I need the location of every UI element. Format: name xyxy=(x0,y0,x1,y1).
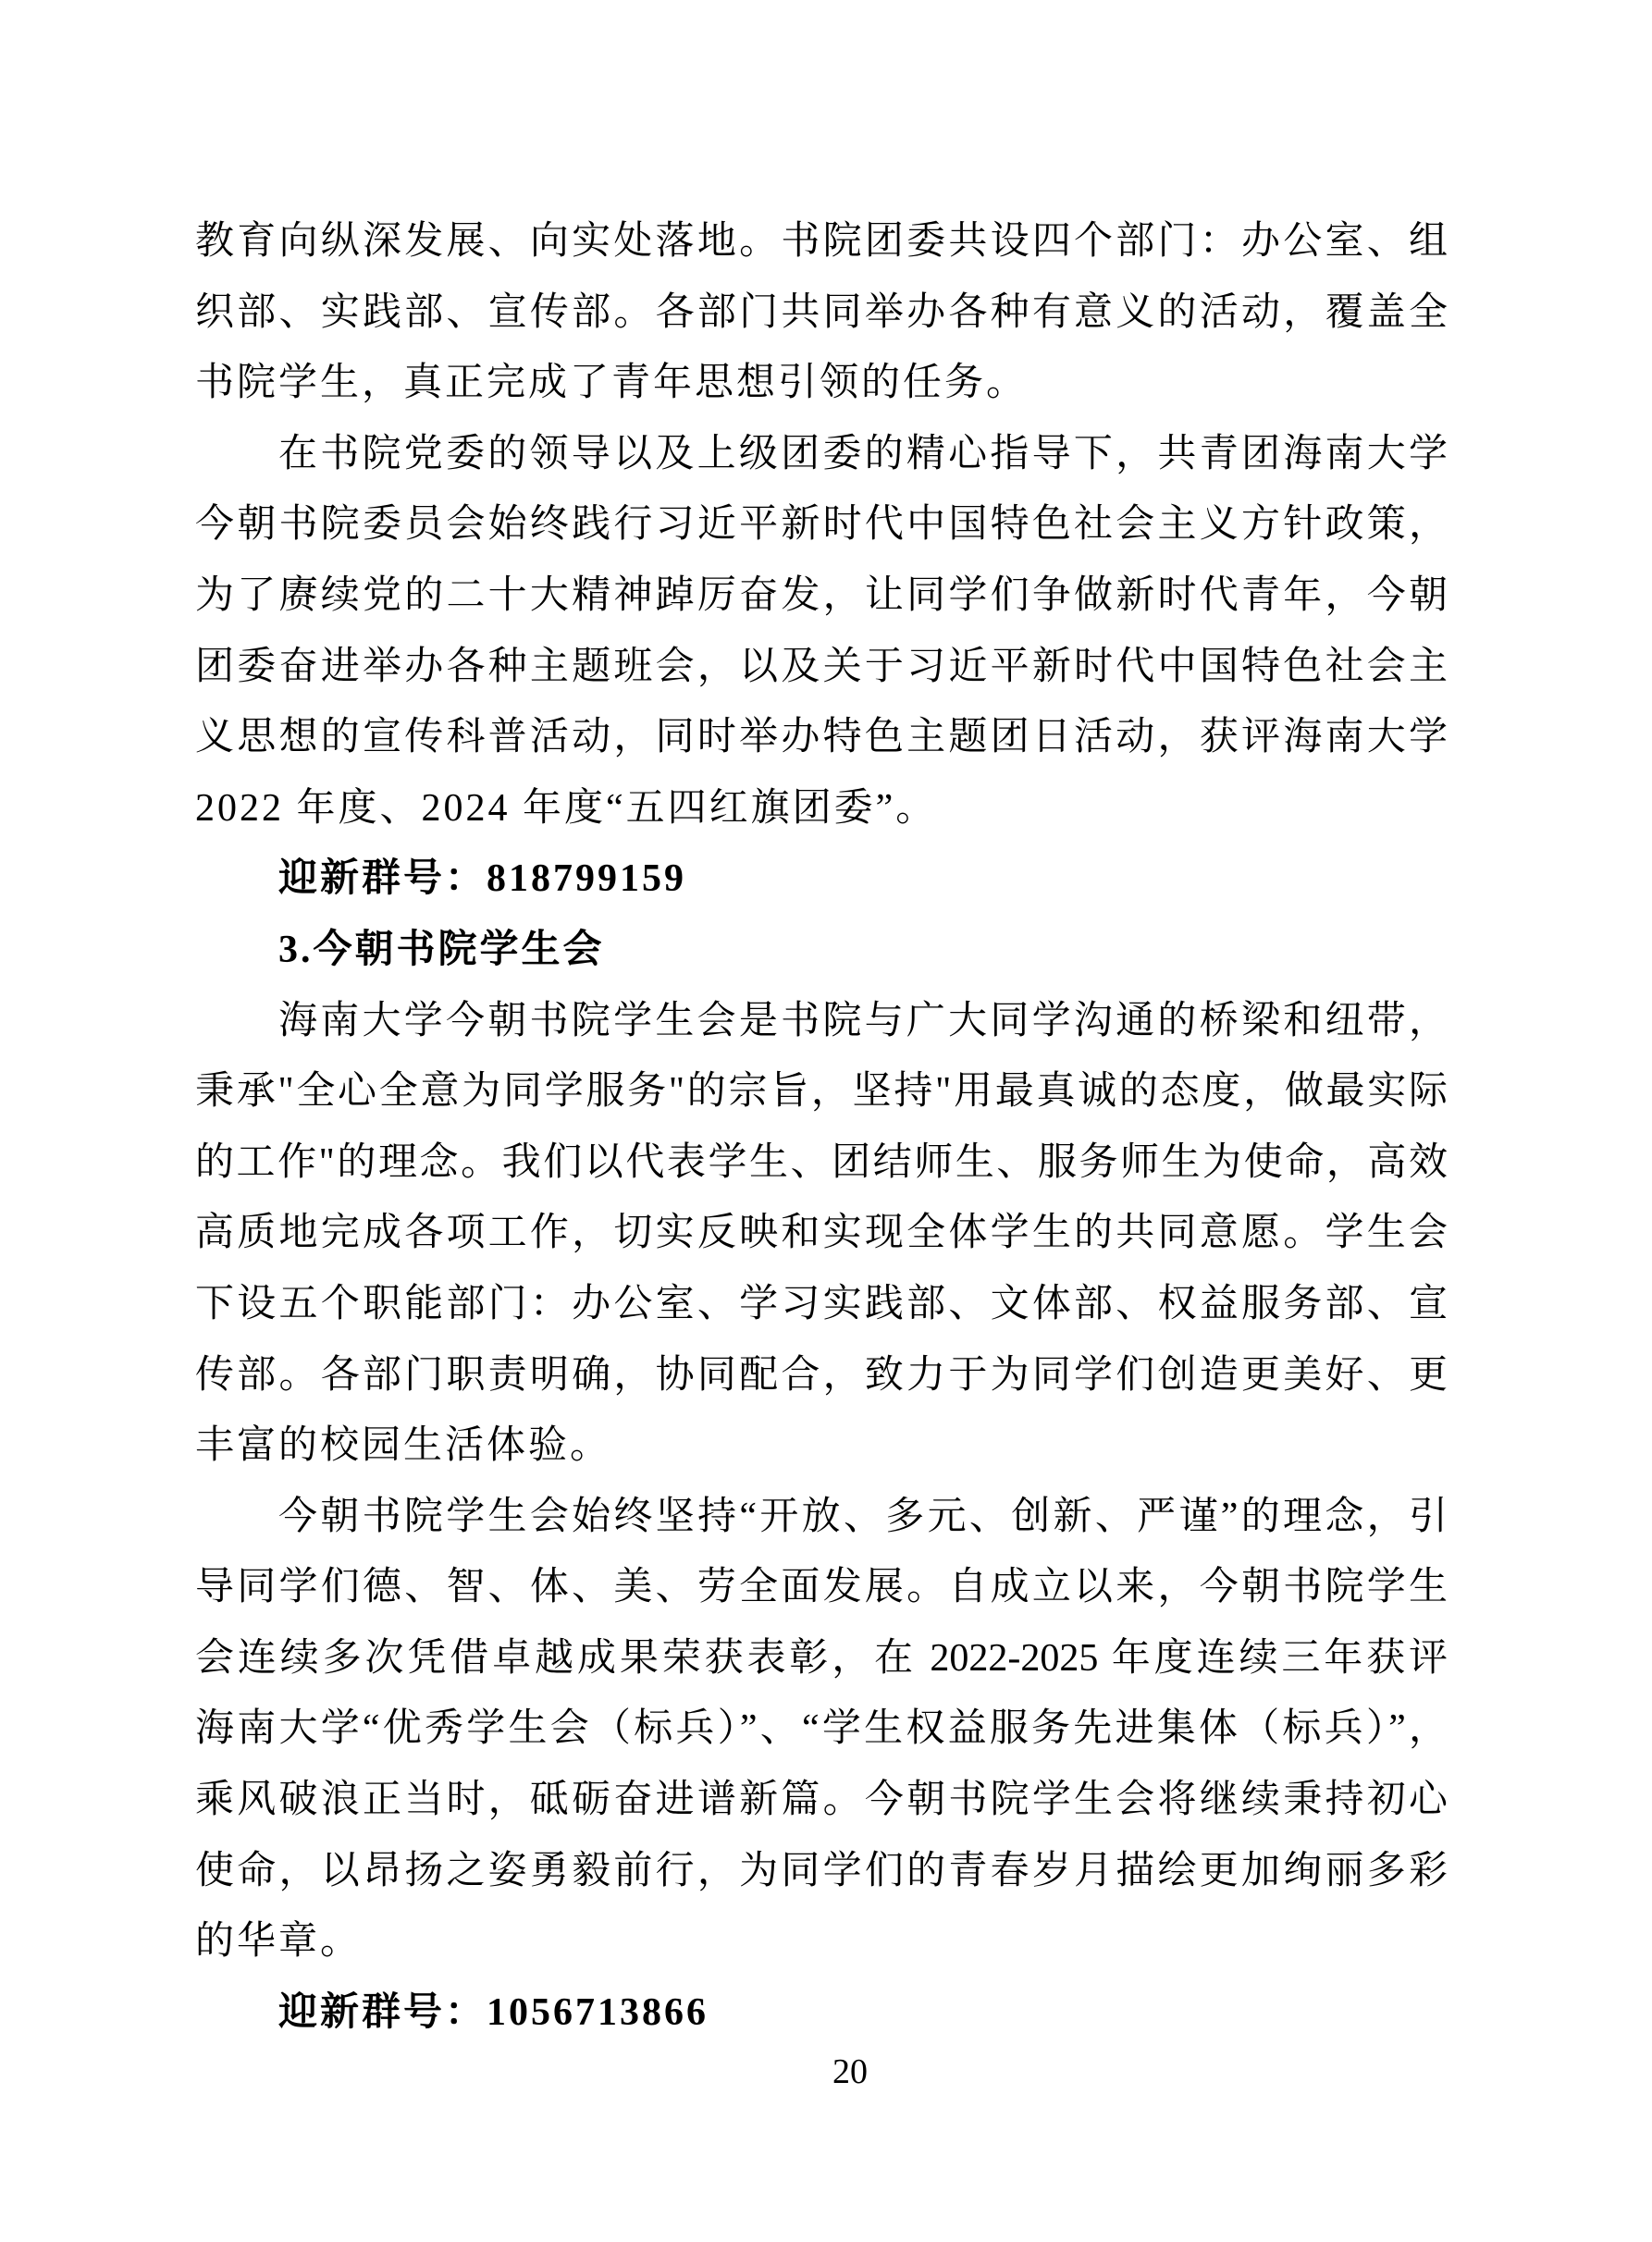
text-line: 今朝书院学生会始终坚持“开放、多元、创新、严谨”的理念，引 xyxy=(195,1482,1448,1553)
text-line: 在书院党委的领导以及上级团委的精心指导下，共青团海南大学 xyxy=(195,419,1448,490)
text-line: 书院学生，真正完成了青年思想引领的任务。 xyxy=(195,348,1448,419)
section-3-heading: 3.今朝书院学生会 xyxy=(195,915,1448,986)
text-line: 传部。各部门职责明确，协同配合，致力于为同学们创造更美好、更 xyxy=(195,1340,1448,1411)
text-line: 团委奋进举办各种主题班会，以及关于习近平新时代中国特色社会主 xyxy=(195,632,1448,703)
text-line: 织部、实践部、宣传部。各部门共同举办各种有意义的活动，覆盖全 xyxy=(195,277,1448,349)
text-line: 今朝书院委员会始终践行习近平新时代中国特色社会主义方针政策， xyxy=(195,489,1448,560)
text-line: 丰富的校园生活体验。 xyxy=(195,1410,1448,1482)
text-line: 2022 年度、2024 年度“五四红旗团委”。 xyxy=(195,773,1448,844)
text-line: 乘风破浪正当时，砥砺奋进谱新篇。今朝书院学生会将继续秉持初心 xyxy=(195,1765,1448,1836)
text-line: 会连续多次凭借卓越成果荣获表彰，在 2022-2025 年度连续三年获评 xyxy=(195,1623,1448,1694)
qq-group-number-line: 迎新群号：818799159 xyxy=(195,844,1448,915)
text-line: 教育向纵深发展、向实处落地。书院团委共设四个部门：办公室、组 xyxy=(195,206,1448,277)
text-line: 导同学们德、智、体、美、劳全面发展。自成立以来，今朝书院学生 xyxy=(195,1552,1448,1623)
text-line: 使命，以昂扬之姿勇毅前行，为同学们的青春岁月描绘更加绚丽多彩 xyxy=(195,1836,1448,1907)
text-line: 义思想的宣传科普活动，同时举办特色主题团日活动，获评海南大学 xyxy=(195,702,1448,773)
qq-group-number-line: 迎新群号：1056713866 xyxy=(195,1977,1448,2049)
text-line: 的工作"的理念。我们以代表学生、团结师生、服务师生为使命，高效 xyxy=(195,1127,1448,1199)
text-line: 秉承"全心全意为同学服务"的宗旨，坚持"用最真诚的态度，做最实际 xyxy=(195,1056,1448,1127)
text-line: 的华章。 xyxy=(195,1906,1448,1977)
text-line: 海南大学今朝书院学生会是书院与广大同学沟通的桥梁和纽带， xyxy=(195,986,1448,1057)
document-page: 教育向纵深发展、向实处落地。书院团委共设四个部门：办公室、组 织部、实践部、宣传… xyxy=(0,0,1652,2242)
text-line: 为了赓续党的二十大精神踔厉奋发，让同学们争做新时代青年，今朝 xyxy=(195,560,1448,632)
page-body-text: 教育向纵深发展、向实处落地。书院团委共设四个部门：办公室、组 织部、实践部、宣传… xyxy=(195,206,1448,2048)
text-line: 下设五个职能部门：办公室、学习实践部、文体部、权益服务部、宣 xyxy=(195,1269,1448,1340)
text-line: 海南大学“优秀学生会（标兵）”、“学生权益服务先进集体（标兵）”， xyxy=(195,1694,1448,1765)
page-number: 20 xyxy=(0,2053,1652,2090)
text-line: 高质地完成各项工作，切实反映和实现全体学生的共同意愿。学生会 xyxy=(195,1198,1448,1269)
